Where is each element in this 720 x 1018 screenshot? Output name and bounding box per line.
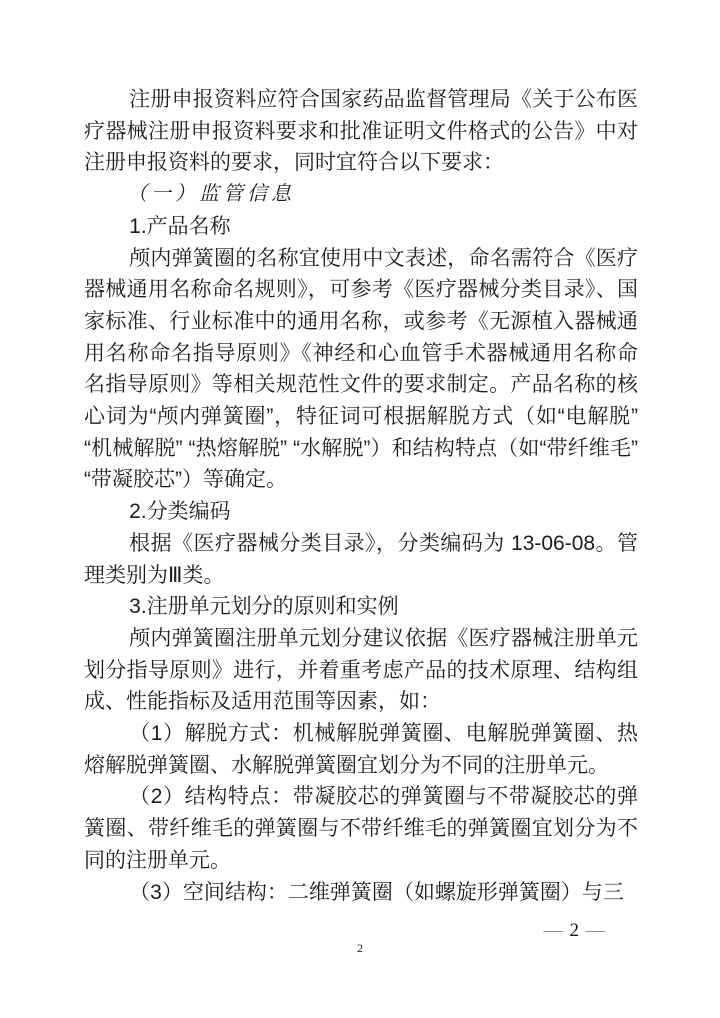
intro-paragraph: 注册申报资料应符合国家药品监督管理局《关于公布医疗器械注册申报资料要求和批准证明…	[84, 84, 638, 179]
document-body: 注册申报资料应符合国家药品监督管理局《关于公布医疗器械注册申报资料要求和批准证明…	[84, 84, 638, 908]
product-name-paragraph: 颅内弹簧圈的名称宜使用中文表述，命名需符合《医疗器械通用名称命名规则》，可参考《…	[84, 243, 638, 497]
item-heading-product-name: 1.产品名称	[84, 211, 638, 243]
registration-unit-paragraph: 颅内弹簧圈注册单元划分建议依据《医疗器械注册单元划分指导原则》进行，并着重考虑产…	[84, 623, 638, 718]
list-item-structure-feature: （2）结构特点：带凝胶芯的弹簧圈与不带凝胶芯的弹簧圈、带纤维毛的弹簧圈与不带纤维…	[84, 781, 638, 876]
page-number-dash-right: —	[579, 920, 612, 941]
list-item-spatial-structure: （3）空间结构：二维弹簧圈（如螺旋形弹簧圈）与三	[84, 877, 638, 909]
page-number-dash-left: —	[537, 920, 570, 941]
small-page-number: 2	[0, 941, 720, 956]
page-number: 2	[570, 920, 580, 941]
item-heading-classification-code: 2.分类编码	[84, 496, 638, 528]
document-page: 注册申报资料应符合国家药品监督管理局《关于公布医疗器械注册申报资料要求和批准证明…	[0, 0, 720, 1018]
classification-paragraph: 根据《医疗器械分类目录》，分类编码为 13-06-08。管理类别为Ⅲ类。	[84, 528, 638, 591]
item-heading-registration-unit: 3.注册单元划分的原则和实例	[84, 591, 638, 623]
page-number-label: —2—	[537, 920, 613, 942]
section-heading-regulatory-info: （一）监管信息	[84, 179, 638, 211]
list-item-detachment-mode: （1）解脱方式：机械解脱弹簧圈、电解脱弹簧圈、热熔解脱弹簧圈、水解脱弹簧圈宜划分…	[84, 718, 638, 781]
